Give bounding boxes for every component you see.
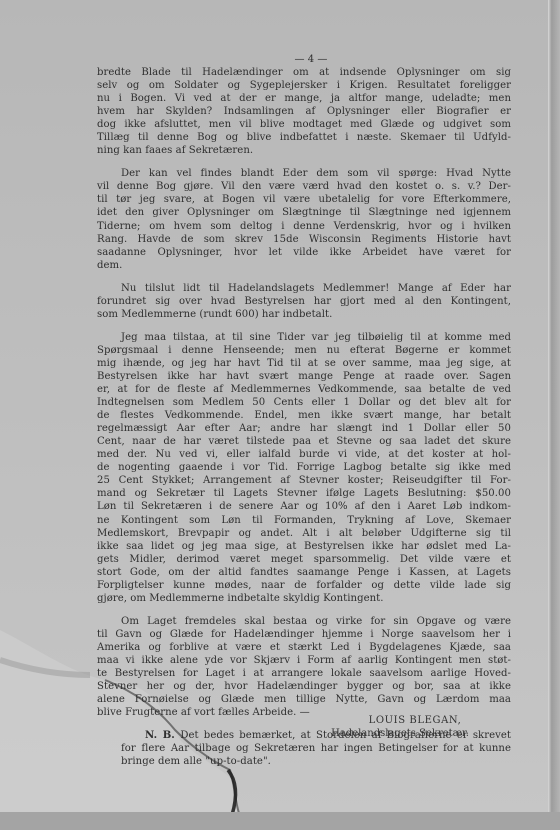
text-line: forundret sig over hvad Bestyrelsen har … <box>97 295 511 308</box>
text-line: Stevner her og der, hvor Hadelændinger b… <box>97 680 511 693</box>
paragraph-future: Om Laget fremdeles skal bestaa og virke … <box>97 615 511 719</box>
text-line: Forpligtelser kunne mødes, naar de forfa… <box>97 579 511 592</box>
paragraph-finances: Jeg maa tilstaa, at til sine Tider var j… <box>97 331 511 605</box>
signature-block: LOUIS BLEGAN, Hadelandslagets Sekretær. <box>300 714 500 740</box>
text-line: de nogenting gaaende i vor Tid. Forrige … <box>97 461 511 474</box>
text-line: alene Fornøielse og Glæde men tillige Ny… <box>97 693 511 706</box>
text-line: Løn til Sekretæren i de senere Aar og 10… <box>97 500 511 513</box>
text-line: hvem har Skylden? Indsamlingen af Oplysn… <box>97 105 511 118</box>
text-line: Medlemskort, Brevpapir og andet. Alt i a… <box>97 527 511 540</box>
text-line: de flestes Vedkommende. Endel, men ikke … <box>97 409 511 422</box>
paragraph-intro-continued: bredte Blade til Hadelændinger om at ind… <box>97 66 511 157</box>
text-line: dem. <box>97 259 511 272</box>
text-line: 25 Cent Stykket; Arrangement af Stevner … <box>97 474 511 487</box>
text-line: dog ikke afsluttet, men vil blive modtag… <box>97 118 511 131</box>
signature-title: Hadelandslagets Sekretær. <box>300 727 500 740</box>
page-edge-shadow <box>548 0 560 830</box>
text-line: er, at for de fleste af Medlemmernes Ved… <box>97 383 511 396</box>
text-line: Amerika og forblive at være et stærkt Le… <box>97 641 511 654</box>
text-line: nu i Bogen. Vi ved at der er mange, ja a… <box>97 92 511 105</box>
text-line: mand og Sekretær til Lagets Stevner iføl… <box>97 487 511 500</box>
text-line: gets Midler, derimod været meget sparsom… <box>97 553 511 566</box>
text-line: for flere Aar tilbage og Sekretæren har … <box>97 742 511 755</box>
text-line: ikke saa lidet og jeg maa sige, at Besty… <box>97 540 511 553</box>
paragraph-to-members: Nu tilslut lidt til Hadelandslagets Medl… <box>97 282 511 321</box>
text-line: gjøre, om Medlemmerne indbetalte skyldig… <box>97 592 511 605</box>
text-line: ning kan faaes af Sekretæren. <box>97 144 511 157</box>
scan-bottom-border <box>0 812 560 830</box>
text-line: til Gavn og Glæde for Hadelændinger hjem… <box>97 628 511 641</box>
text-line: Indtegnelsen som Medlem 50 Cents eller 1… <box>97 396 511 409</box>
text-line: bredte Blade til Hadelændinger om at ind… <box>97 66 511 79</box>
page-number: — 4 — <box>111 54 511 66</box>
text-line: som Medlemmerne (rundt 600) har indbetal… <box>97 308 511 321</box>
text-line: saadanne Oplysninger, hvor let vilde ikk… <box>97 246 511 259</box>
text-line: regelmæssigt Aar efter Aar; andre har sl… <box>97 422 511 435</box>
text-line: idet den giver Oplysninger om Slægtninge… <box>97 206 511 219</box>
document-body: — 4 — bredte Blade til Hadelændinger om … <box>97 54 511 768</box>
text-line: bringe dem alle "up-to-date". <box>97 755 511 768</box>
text-line: Cent, naar de har været tilstede paa et … <box>97 435 511 448</box>
paragraphs-container: bredte Blade til Hadelændinger om at ind… <box>97 66 511 719</box>
text-line: Der kan vel findes blandt Eder dem som v… <box>97 167 511 180</box>
text-line: til tør jeg svare, at Bogen vil være ube… <box>97 193 511 206</box>
nota-bene-label: N. B. <box>145 730 180 741</box>
text-line: Nu tilslut lidt til Hadelandslagets Medl… <box>97 282 511 295</box>
text-line: te Bestyrelsen for Laget i at arrangere … <box>97 667 511 680</box>
signature-name: LOUIS BLEGAN, <box>300 714 500 727</box>
text-line: Tillæg til denne Bog og blive indbefatte… <box>97 131 511 144</box>
paragraph-what-use: Der kan vel findes blandt Eder dem som v… <box>97 167 511 271</box>
text-line: mig ihænde, og jeg har havt Tid til at s… <box>97 357 511 370</box>
text-line: Jeg maa tilstaa, at til sine Tider var j… <box>97 331 511 344</box>
text-line: maa vi ikke alene yde vor Skjærv i Form … <box>97 654 511 667</box>
text-line: Tiderne; om hvem som deltog i denne Verd… <box>97 220 511 233</box>
text-line: Om Laget fremdeles skal bestaa og virke … <box>97 615 511 628</box>
text-line: stort Gode, om der altid fandtes saamang… <box>97 566 511 579</box>
text-line: Bestyrelsen ikke har havt svært mange Pe… <box>97 370 511 383</box>
text-line: Spørgsmaal i denne Henseende; men nu eft… <box>97 344 511 357</box>
text-line: vil denne Bog gjøre. Vil den være værd h… <box>97 180 511 193</box>
text-line: med der. Nu ved vi, eller ialfald burde … <box>97 448 511 461</box>
text-line: ne Kontingent som Løn til Formanden, Try… <box>97 514 511 527</box>
text-line: selv og om Soldater og Sygeplejersker i … <box>97 79 511 92</box>
text-line: Rang. Havde de som skrev 15de Wisconsin … <box>97 233 511 246</box>
